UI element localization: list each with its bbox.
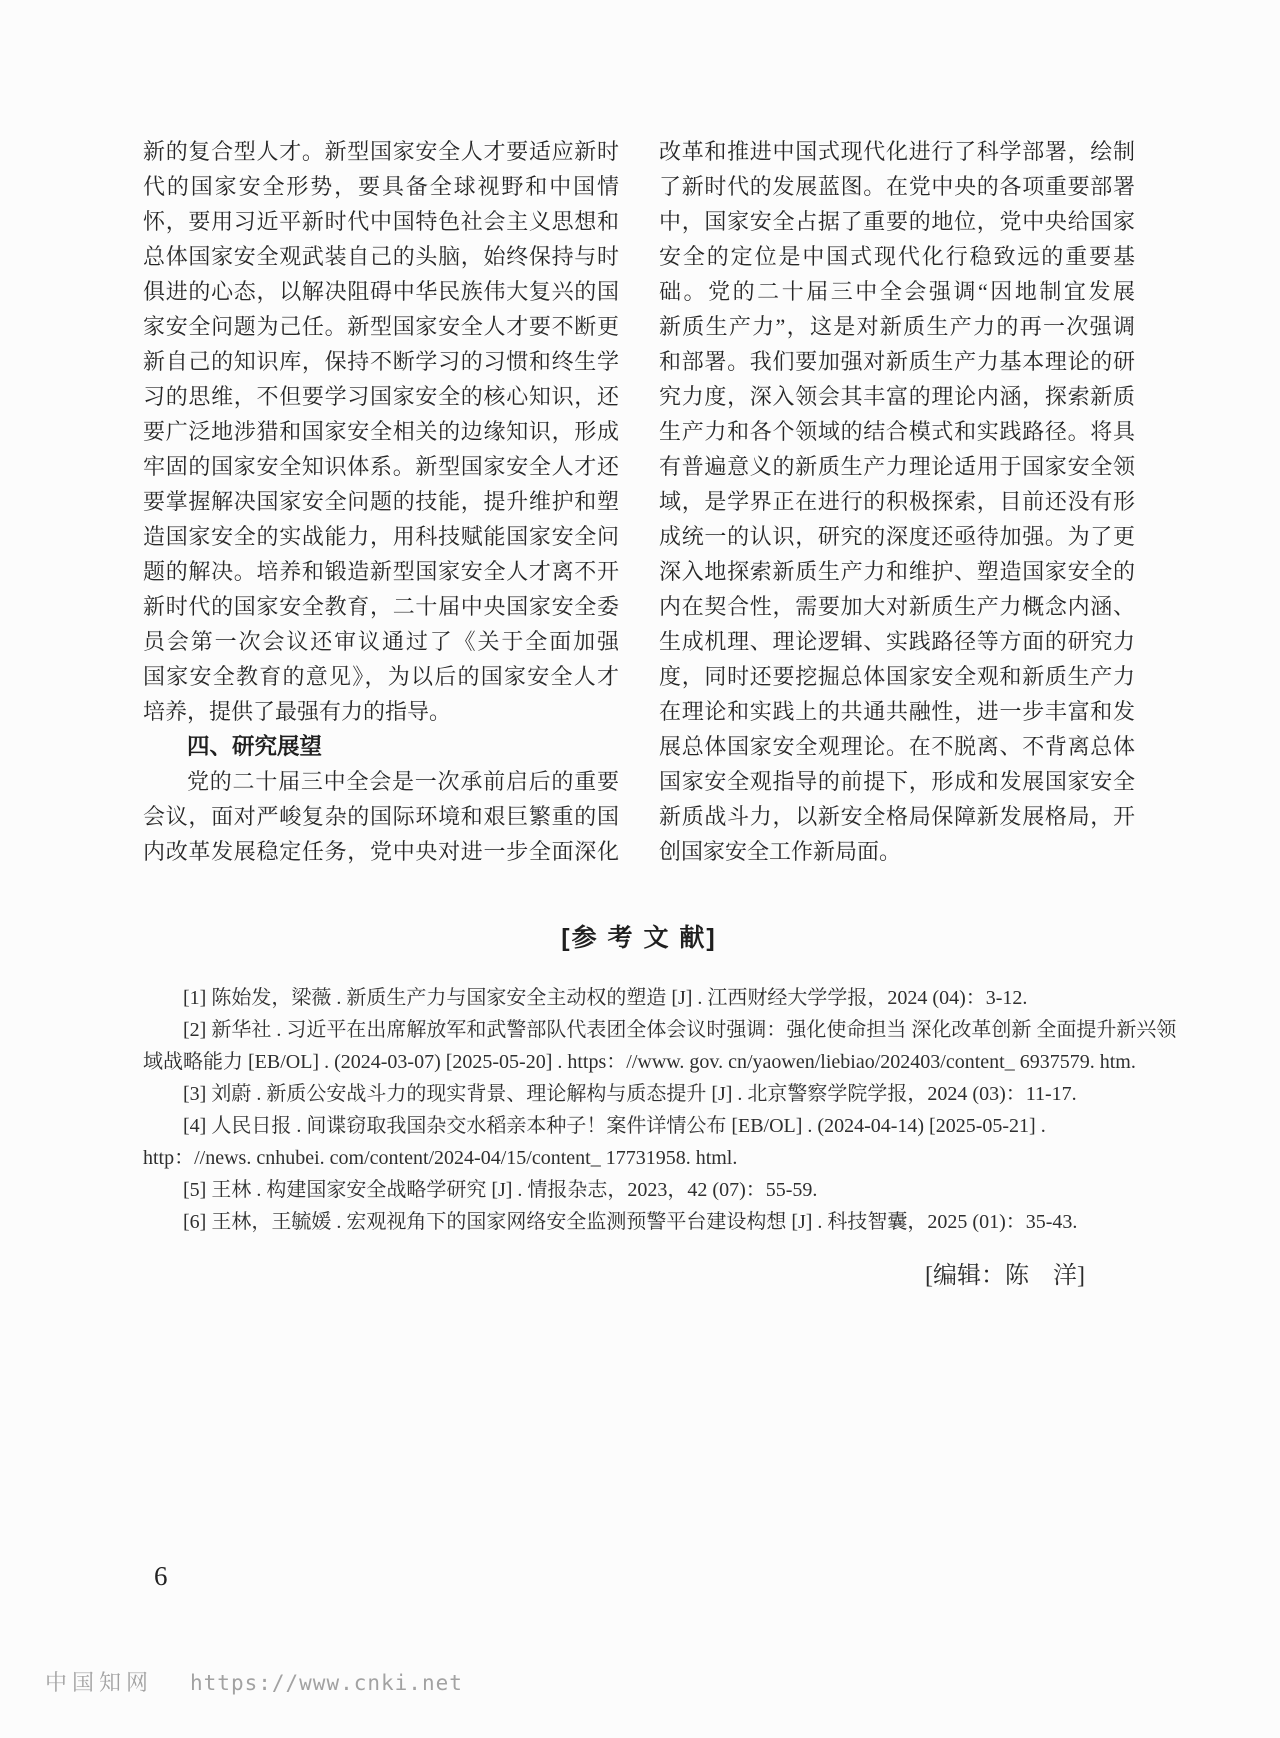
text-line: 展总体国家安全观理论。在不脱离、不背离总体 — [659, 729, 1135, 764]
text-line: 总体国家安全观武装自己的头脑，始终保持与时 — [143, 239, 619, 274]
text-line: 了新时代的发展蓝图。在党中央的各项重要部署 — [659, 169, 1135, 204]
text-line: 新质战斗力，以新安全格局保障新发展格局，开 — [659, 799, 1135, 834]
text-line: 内在契合性，需要加大对新质生产力概念内涵、 — [659, 589, 1135, 624]
text-line: 生产力和各个领域的结合模式和实践路径。将具 — [659, 414, 1135, 449]
text-line: 国家安全观指导的前提下，形成和发展国家安全 — [659, 764, 1135, 799]
reference-line: 域战略能力 [EB/OL] . (2024-03-07) [2025-05-20… — [143, 1046, 1135, 1078]
text-line: 员会第一次会议还审议通过了《关于全面加强 — [143, 624, 619, 659]
right-column: 改革和推进中国式现代化进行了科学部署，绘制了新时代的发展蓝图。在党中央的各项重要… — [659, 134, 1135, 869]
text-line: 培养，提供了最强有力的指导。 — [143, 694, 619, 729]
references-header: [参 考 文 献] — [143, 918, 1135, 954]
text-line: 在理论和实践上的共通共融性，进一步丰富和发 — [659, 694, 1135, 729]
text-line: 础。党的二十届三中全会强调“因地制宜发展 — [659, 274, 1135, 309]
text-line: 有普遍意义的新质生产力理论适用于国家安全领 — [659, 449, 1135, 484]
references-list: [1] 陈始发，梁薇 . 新质生产力与国家安全主动权的塑造 [J] . 江西财经… — [143, 982, 1135, 1238]
text-line: 度，同时还要挖掘总体国家安全观和新质生产力 — [659, 659, 1135, 694]
text-line: 究力度，深入领会其丰富的理论内涵，探索新质 — [659, 379, 1135, 414]
article-body: 新的复合型人才。新型国家安全人才要适应新时代的国家安全形势，要具备全球视野和中国… — [143, 134, 1135, 869]
section-heading: 四、研究展望 — [143, 729, 619, 764]
text-line: 新时代的国家安全教育，二十届中央国家安全委 — [143, 589, 619, 624]
text-line: 新自己的知识库，保持不断学习的习惯和终生学 — [143, 344, 619, 379]
text-line: 要掌握解决国家安全问题的技能，提升维护和塑 — [143, 484, 619, 519]
text-line: 深入地探索新质生产力和维护、塑造国家安全的 — [659, 554, 1135, 589]
watermark-url: https://www.cnki.net — [190, 1671, 463, 1695]
watermark: 中国知网 https://www.cnki.net — [45, 1666, 463, 1697]
reference-line: [2] 新华社 . 习近平在出席解放军和武警部队代表团全体会议时强调：强化使命担… — [143, 1014, 1135, 1046]
reference-line: [6] 王林，王毓媛 . 宏观视角下的国家网络安全监测预警平台建设构想 [J] … — [143, 1206, 1135, 1238]
editor-credit: [编辑：陈 洋] — [143, 1259, 1085, 1293]
text-line: 习的思维，不但要学习国家安全的核心知识，还 — [143, 379, 619, 414]
text-line: 俱进的心态，以解决阻碍中华民族伟大复兴的国 — [143, 274, 619, 309]
reference-line: [5] 王林 . 构建国家安全战略学研究 [J] . 情报杂志，2023，42 … — [143, 1174, 1135, 1206]
reference-line: [4] 人民日报 . 间谍窃取我国杂交水稻亲本种子！案件详情公布 [EB/OL]… — [143, 1110, 1135, 1142]
reference-line: [3] 刘蔚 . 新质公安战斗力的现实背景、理论解构与质态提升 [J] . 北京… — [143, 1078, 1135, 1110]
text-line: 中，国家安全占据了重要的地位，党中央给国家 — [659, 204, 1135, 239]
left-column: 新的复合型人才。新型国家安全人才要适应新时代的国家安全形势，要具备全球视野和中国… — [143, 134, 619, 869]
text-line: 造国家安全的实战能力，用科技赋能国家安全问 — [143, 519, 619, 554]
document-page: 新的复合型人才。新型国家安全人才要适应新时代的国家安全形势，要具备全球视野和中国… — [0, 0, 1280, 1738]
text-line: 怀，要用习近平新时代中国特色社会主义思想和 — [143, 204, 619, 239]
text-line: 和部署。我们要加强对新质生产力基本理论的研 — [659, 344, 1135, 379]
text-line: 生成机理、理论逻辑、实践路径等方面的研究力 — [659, 624, 1135, 659]
text-line: 牢固的国家安全知识体系。新型国家安全人才还 — [143, 449, 619, 484]
text-line: 党的二十届三中全会是一次承前启后的重要 — [143, 764, 619, 799]
text-line: 成统一的认识，研究的深度还亟待加强。为了更 — [659, 519, 1135, 554]
text-line: 新质生产力”，这是对新质生产力的再一次强调 — [659, 309, 1135, 344]
text-line: 域，是学界正在进行的积极探索，目前还没有形 — [659, 484, 1135, 519]
reference-line: [1] 陈始发，梁薇 . 新质生产力与国家安全主动权的塑造 [J] . 江西财经… — [143, 982, 1135, 1014]
text-line: 要广泛地涉猎和国家安全相关的边缘知识，形成 — [143, 414, 619, 449]
text-line: 安全的定位是中国式现代化行稳致远的重要基 — [659, 239, 1135, 274]
text-line: 改革和推进中国式现代化进行了科学部署，绘制 — [659, 134, 1135, 169]
text-line: 代的国家安全形势，要具备全球视野和中国情 — [143, 169, 619, 204]
page-number: 6 — [154, 1560, 168, 1592]
text-line: 国家安全教育的意见》，为以后的国家安全人才 — [143, 659, 619, 694]
text-line: 题的解决。培养和锻造新型国家安全人才离不开 — [143, 554, 619, 589]
text-line: 会议，面对严峻复杂的国际环境和艰巨繁重的国 — [143, 799, 619, 834]
reference-line: http：//news. cnhubei. com/content/2024-0… — [143, 1142, 1135, 1174]
text-line: 新的复合型人才。新型国家安全人才要适应新时 — [143, 134, 619, 169]
text-line: 创国家安全工作新局面。 — [659, 834, 1135, 869]
watermark-brand: 中国知网 — [45, 1666, 153, 1697]
text-line: 家安全问题为己任。新型国家安全人才要不断更 — [143, 309, 619, 344]
text-line: 内改革发展稳定任务，党中央对进一步全面深化 — [143, 834, 619, 869]
